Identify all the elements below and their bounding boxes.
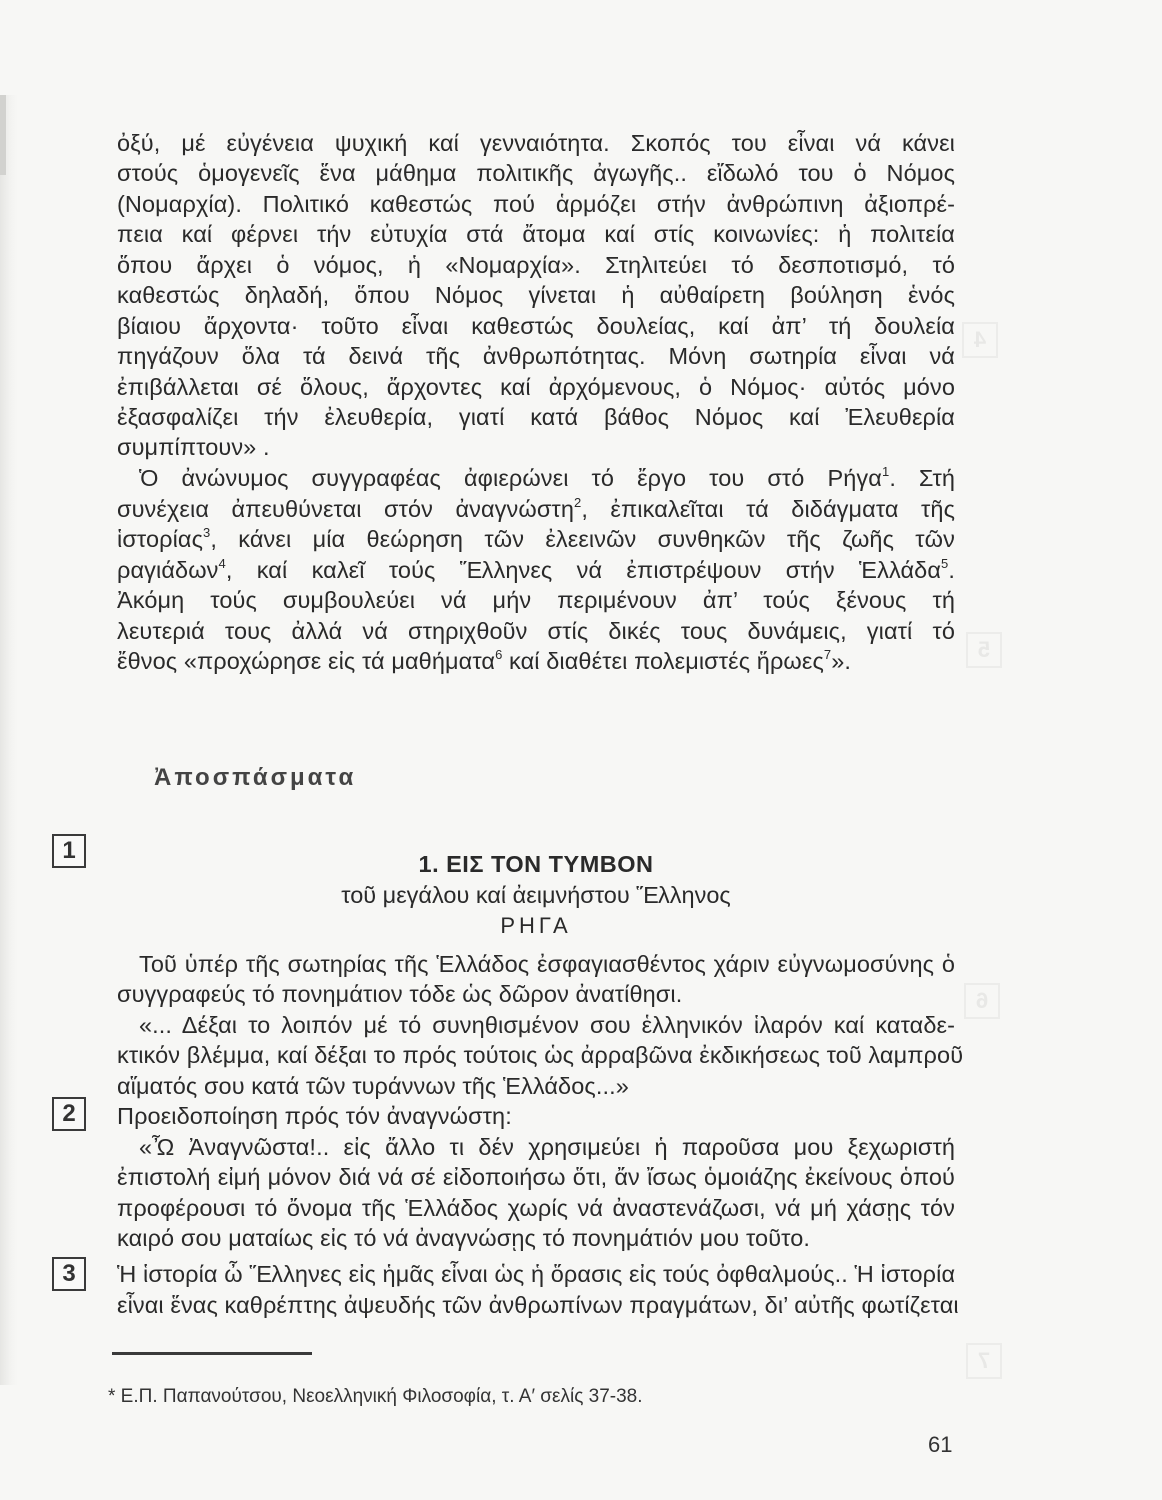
- text-span: καί διαθέτει πολεμιστές ἥρωες: [502, 648, 823, 674]
- excerpt-name: ΡΗΓΑ: [117, 911, 955, 941]
- bleed-marker-5: 5: [966, 632, 1002, 668]
- text-span: , ἐπικαλεῖται τά διδάγματα τῆς: [581, 496, 955, 522]
- footnote-rule: [112, 1352, 312, 1355]
- text-line: ὀξύ, μέ εὐγένεια ψυχική καί γενναιότητα.…: [117, 128, 955, 158]
- text-span: ».: [831, 648, 851, 674]
- excerpt-marker-3: 3: [52, 1257, 86, 1291]
- text-span: Ὁ ἀνώνυμος συγγραφέας ἀφιερώνει τό ἔργο …: [139, 465, 882, 491]
- bleed-marker-6: 6: [964, 983, 1000, 1019]
- page-edge-mark: [0, 95, 6, 175]
- text-line: ἐπιστολή εἰμή μόνον διά νά σέ εἰδοποιήσω…: [117, 1162, 955, 1192]
- text-span: , καί καλεῖ τούς Ἕλληνες νά ἐπιστρέψουν …: [226, 557, 941, 583]
- page-edge-shadow: [0, 95, 18, 1385]
- text-line: πηγάζουν ὅλα τά δεινά τῆς ἀνθρωπότητας. …: [117, 341, 955, 371]
- text-line: βίαιου ἄρχοντα· τοῦτο εἶναι καθεστώς δου…: [117, 311, 955, 341]
- footnote: * Ε.Π. Παπανούτσου, Νεοελληνική Φιλοσοφί…: [108, 1385, 643, 1409]
- text-line: συγγραφεύς τό πονημάτιον τόδε ὡς δῶρον ἀ…: [117, 979, 955, 1009]
- text-span: .: [948, 557, 955, 583]
- text-line: εἶναι ἕνας καθρέπτης ἀψευδής τῶν ἀνθρωπί…: [117, 1290, 955, 1320]
- text-line: συμπίπτουν» .: [117, 432, 955, 462]
- text-line: Ὁ ἀνώνυμος συγγραφέας ἀφιερώνει τό ἔργο …: [117, 463, 955, 493]
- text-line: συνέχεια ἀπευθύνεται στόν ἀναγνώστη2, ἐπ…: [117, 494, 955, 524]
- text-line: καιρό σου ματαίως εἰς τό νά ἀναγνώσῃς τό…: [117, 1223, 955, 1253]
- excerpt-marker-1: 1: [52, 834, 86, 868]
- text-line: ἐπιβάλλεται σέ ὅλους, ἄρχοντες καί ἀρχόμ…: [117, 372, 955, 402]
- text-line: «Ὦ Ἀναγνῶστα!.. εἰς ἄλλο τι δέν χρησιμεύ…: [117, 1132, 955, 1162]
- text-line: στούς ὁμογενεῖς ἕνα μάθημα πολιτικῆς ἀγω…: [117, 158, 955, 188]
- text-span: , κάνει μία θεώρηση τῶν ἐλεεινῶν συνθηκῶ…: [210, 526, 955, 552]
- text-line: αἵματός σου κατά τῶν τυράννων τῆς Ἑλλάδο…: [117, 1071, 955, 1101]
- bleed-marker-7: 7: [966, 1343, 1002, 1379]
- text-line: πεια καί φέρνει τήν εὐτυχία στά ἄτομα κα…: [117, 219, 955, 249]
- section-heading: Ἀποσπάσματα: [154, 764, 356, 792]
- text-line: ραγιάδων4, καί καλεῖ τούς Ἕλληνες νά ἐπι…: [117, 555, 955, 585]
- text-span: ἔθνος «προχώρησε εἰς τά μαθήματα: [117, 648, 495, 674]
- text-span: . Στή: [889, 465, 955, 491]
- text-span: συνέχεια ἀπευθύνεται στόν ἀναγνώστη: [117, 496, 574, 522]
- text-span: ραγιάδων: [117, 557, 219, 583]
- text-line: ἔθνος «προχώρησε εἰς τά μαθήματα6 καί δι…: [117, 646, 955, 676]
- bleed-marker-4: 4: [962, 322, 998, 358]
- text-span: ἱστορίας: [117, 526, 203, 552]
- text-line: ἱστορίας3, κάνει μία θεώρηση τῶν ἐλεεινῶ…: [117, 524, 955, 554]
- text-line: ἐξασφαλίζει τήν ἐλευθερία, γιατί κατά βά…: [117, 402, 955, 432]
- text-line: Ἡ ἱστορία ὦ Ἕλληνες εἰς ἡμᾶς εἶναι ὡς ἡ …: [117, 1259, 955, 1289]
- text-line: Ἀκόμη τούς συμβουλεύει νά μήν περιμένουν…: [117, 585, 955, 615]
- text-line: καθεστώς δηλαδή, ὅπου Νόμος γίνεται ἡ αὐ…: [117, 280, 955, 310]
- text-line: Προειδοποίηση πρός τόν ἀναγνώστη:: [117, 1101, 955, 1131]
- footnote-ref: 4: [219, 556, 226, 571]
- text-line: λευτεριά τους ἀλλά νά στηριχθοῦν στίς δι…: [117, 616, 955, 646]
- text-line: (Νομαρχία). Πολιτικό καθεστώς πού ἁρμόζε…: [117, 189, 955, 219]
- text-line: Τοῦ ὑπέρ τῆς σωτηρίας τῆς Ἑλλάδος ἐσφαγι…: [117, 949, 955, 979]
- text-line: προφέρουσι τό ὄνομα τῆς Ἑλλάδος χωρίς νά…: [117, 1193, 955, 1223]
- text-line: ὅπου ἄρχει ὁ νόμος, ἡ «Νομαρχία». Στηλιτ…: [117, 250, 955, 280]
- excerpt-title: 1. ΕΙΣ ΤΟΝ ΤΥΜΒΟΝ: [117, 849, 955, 879]
- text-line: «... Δέξαι το λοιπόν μέ τό συνηθισμένον …: [117, 1010, 955, 1040]
- excerpt-subtitle: τοῦ μεγάλου καί ἀειμνήστου Ἕλληνος: [117, 880, 955, 910]
- page-number: 61: [928, 1432, 952, 1458]
- text-line: κτικόν βλέμμα, καί δέξαι το πρός τούτοις…: [117, 1040, 955, 1070]
- excerpt-marker-2: 2: [52, 1097, 86, 1131]
